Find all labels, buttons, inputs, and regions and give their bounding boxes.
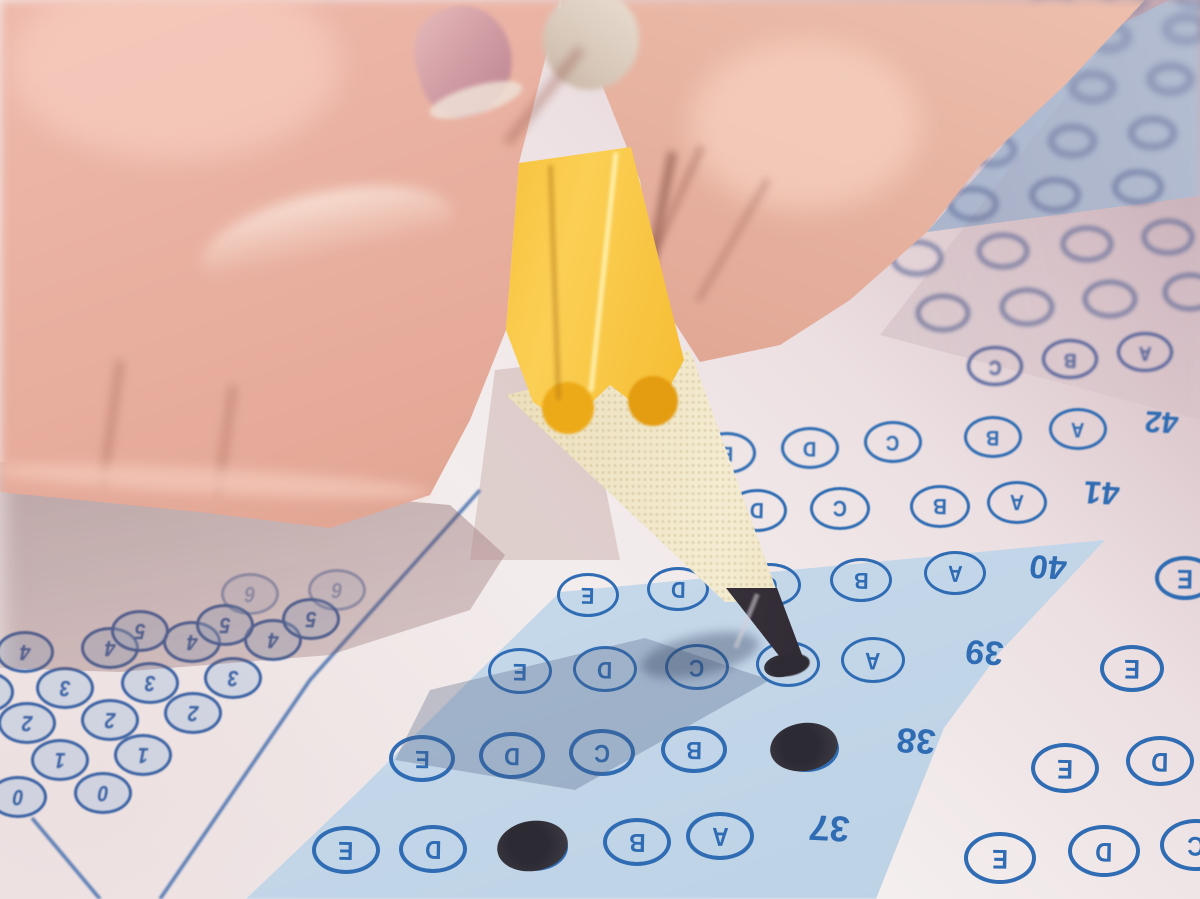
index-knuckle-highlight: [690, 40, 920, 210]
photo-scene: 00112223333444455566 EEEDEDC EDBA37EDCB3…: [0, 0, 1200, 899]
pencil-paint-scallop-right: [628, 376, 678, 426]
pencil-paint-scallop-left: [542, 382, 594, 434]
